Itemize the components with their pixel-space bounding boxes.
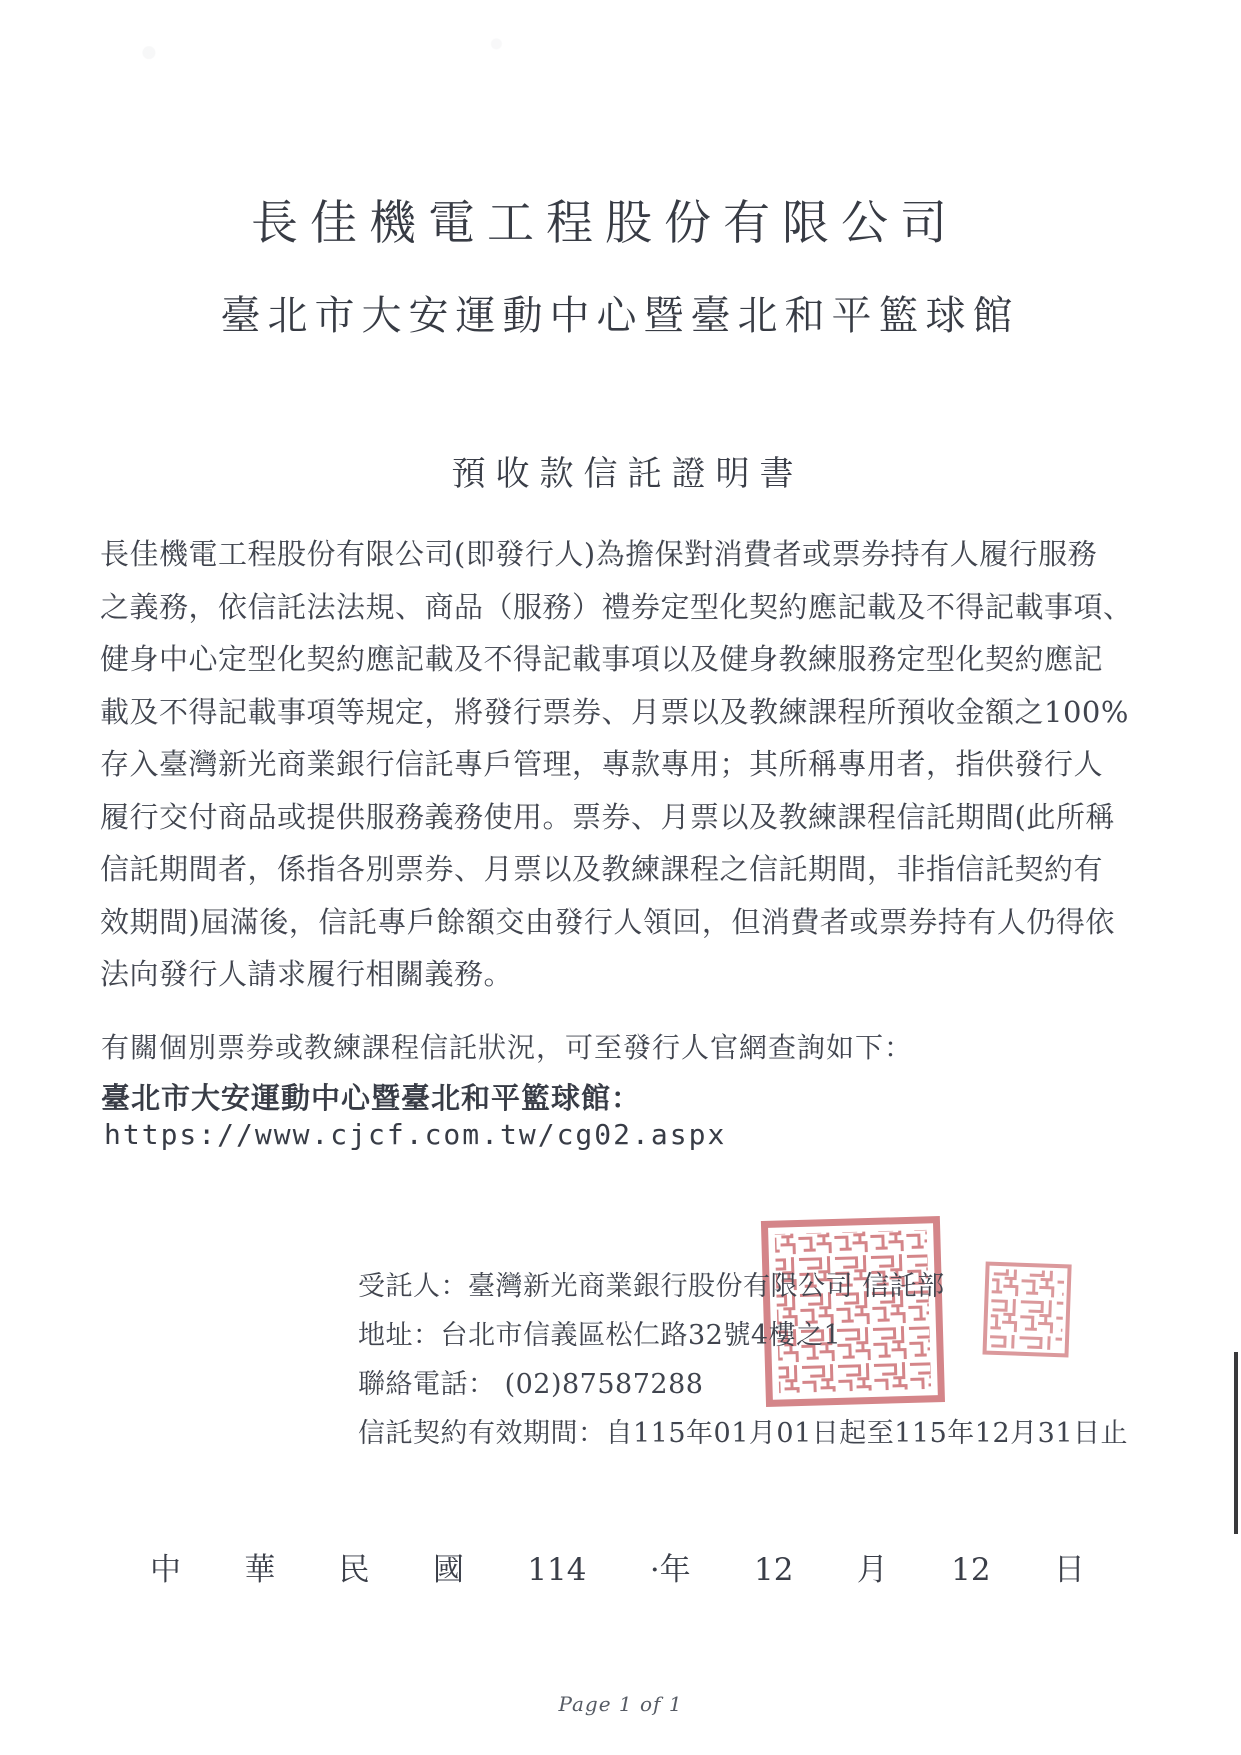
date-segment: 華 <box>244 1544 275 1589</box>
scan-artifact-line <box>1234 1352 1238 1534</box>
trustee-name-line: 受託人：臺灣新光商業銀行股份有限公司 信託部 <box>358 1262 1128 1311</box>
date-segment: 中 <box>150 1544 181 1589</box>
body-line: 信託期間者，係指各別票券、月票以及教練課程之信託期間，非指信託契約有 <box>100 843 1160 896</box>
date-segment: 114 <box>527 1552 586 1588</box>
certificate-title: 預收款信託證明書 <box>0 446 1241 495</box>
body-line: 之義務，依信託法法規、商品（服務）禮券定型化契約應記載及不得記載事項、 <box>100 581 1160 634</box>
body-line: 效期間)屆滿後，信託專戶餘額交由發行人領回，但消費者或票券持有人仍得依 <box>100 896 1160 949</box>
date-segment: 國 <box>433 1544 464 1589</box>
inquiry-url: https://www.cjcf.com.tw/cg02.aspx <box>104 1118 726 1151</box>
body-paragraph: 長佳機電工程股份有限公司(即發行人)為擔保對消費者或票券持有人履行服務 之義務，… <box>100 528 1160 1001</box>
trustee-info-block: 受託人：臺灣新光商業銀行股份有限公司 信託部 地址：台北市信義區松仁路32號4樓… <box>358 1262 1128 1458</box>
roc-date-line: 中 華 民 國 114 ·年 12 月 12 日 <box>150 1544 1085 1589</box>
body-line: 健身中心定型化契約應記載及不得記載事項以及健身教練服務定型化契約應記 <box>100 633 1160 686</box>
company-title: 長佳機電工程股份有限公司 <box>0 186 1210 253</box>
trustee-address-line: 地址：台北市信義區松仁路32號4樓之1 <box>358 1311 1128 1360</box>
date-segment: 民 <box>339 1544 370 1589</box>
body-line: 法向發行人請求履行相關義務。 <box>100 948 1160 1001</box>
trust-validity-line: 信託契約有效期間：自115年01月01日起至115年12月31日止 <box>358 1409 1128 1458</box>
inquiry-site-label: 臺北市大安運動中心暨臺北和平籃球館： <box>101 1076 641 1117</box>
page-footer: Page 1 of 1 <box>0 1692 1241 1716</box>
date-segment: 月 <box>857 1544 888 1589</box>
body-line: 履行交付商品或提供服務義務使用。票券、月票以及教練課程信託期間(此所稱 <box>100 791 1160 844</box>
trustee-phone-line: 聯絡電話： (02)87587288 <box>358 1360 1128 1409</box>
document-page: 長佳機電工程股份有限公司 臺北市大安運動中心暨臺北和平籃球館 預收款信託證明書 … <box>0 0 1241 1755</box>
date-segment: ·年 <box>650 1544 691 1589</box>
body-line: 載及不得記載事項等規定，將發行票券、月票以及教練課程所預收金額之100% <box>100 686 1160 739</box>
date-segment: 日 <box>1054 1544 1085 1589</box>
body-line: 長佳機電工程股份有限公司(即發行人)為擔保對消費者或票券持有人履行服務 <box>100 528 1160 581</box>
date-segment: 12 <box>951 1552 990 1588</box>
venue-title: 臺北市大安運動中心暨臺北和平籃球館 <box>0 284 1240 341</box>
date-segment: 12 <box>754 1552 793 1588</box>
inquiry-note: 有關個別票券或教練課程信託狀況，可至發行人官網查詢如下： <box>101 1026 913 1066</box>
body-line: 存入臺灣新光商業銀行信託專戶管理，專款專用；其所稱專用者，指供發行人 <box>100 738 1160 791</box>
